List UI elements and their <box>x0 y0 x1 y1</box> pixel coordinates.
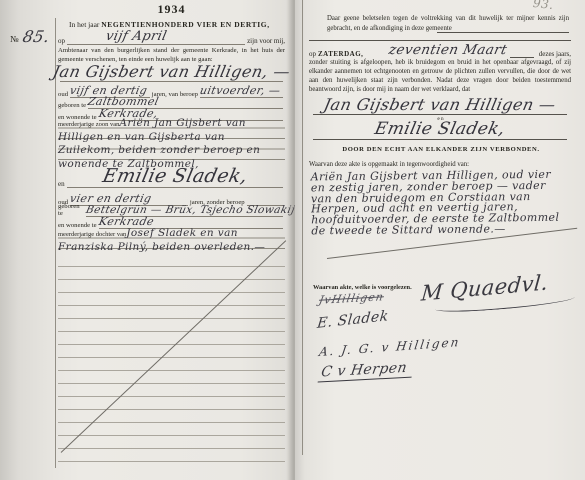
signature-bride: E. Sladek <box>316 308 389 332</box>
groom-name-rule: Jan Gijsbert van Hilligen — <box>313 95 567 115</box>
fill-dash <box>437 29 569 33</box>
act-number-sign: № <box>10 34 19 44</box>
appearance-date-handwritten: vijf April <box>105 29 169 44</box>
page-right-body: Daar geene beletselen tegen de voltrekki… <box>309 0 573 480</box>
zaterdag-label: ZATERDAG, <box>318 50 363 58</box>
groom-name-line: Jan Gijsbert van Hilligen, — <box>58 62 285 82</box>
dezes-jaars-label: dezes jaars, <box>539 50 571 58</box>
witness-intro: Waarvan deze akte is opgemaakt in tegenw… <box>309 161 571 168</box>
blank-ruled-area <box>58 254 285 462</box>
scanned-marriage-register-spread: № 85. 1934 In het jaar NEGENTIENHONDERD … <box>0 0 585 480</box>
bride-filiation-label: meerderjarige dochter van <box>58 231 126 238</box>
bride-name-line: Emilie Sladek, <box>311 121 569 140</box>
bond-statement: DOOR DEN ECHT AAN ELKANDER ZIJN VERBONDE… <box>309 146 573 153</box>
wedding-date-line: op ZATERDAG, zeventien Maart dezes jaars… <box>309 43 571 58</box>
wedding-date-slot: zeventien Maart <box>365 42 536 58</box>
witness-text-handwritten: Ariën Jan Gijsbert van Hilligen, oud vie… <box>311 170 568 237</box>
bride-filiation-block: meerderjarige dochter van Josef Sladek e… <box>58 228 285 250</box>
op-label: op <box>58 37 65 45</box>
bride-name-handwritten: Emilie Sladek, <box>100 165 249 187</box>
groom-name-rule: Jan Gijsbert van Hilligen, — <box>60 62 283 82</box>
groom-name-handwritten: Jan Gijsbert van Hilligen — <box>322 95 558 114</box>
bride-name-rule: Emilie Sladek, <box>67 165 283 188</box>
en-label: en <box>58 180 65 188</box>
read-aloud-label: Waarvan akte, welke is voorgelezen. <box>313 284 412 291</box>
signature-groom: JvHilligen <box>318 290 385 307</box>
separator-rule <box>309 40 571 41</box>
intro-pre: In het jaar <box>69 20 99 29</box>
date-rule: vijf April <box>67 29 245 45</box>
geboren-label: geboren te <box>58 203 84 217</box>
act-number: № 85. <box>10 27 49 47</box>
groom-name-handwritten: Jan Gijsbert van Hilligen, — <box>51 62 292 81</box>
groom-name-line: Jan Gijsbert van Hilligen — <box>311 94 569 115</box>
wedding-date-handwritten: zeventien Maart <box>387 42 508 58</box>
groom-filiation-block: meerderjarige zoon van Ariën Jan Gijsber… <box>58 118 285 160</box>
page-left-body: 1934 In het jaar NEGENTIENHONDERD VIER E… <box>55 0 288 480</box>
bride-name-handwritten: Emilie Sladek, <box>373 119 507 139</box>
before-me-label: zijn voor mij, <box>247 37 285 45</box>
year-heading: 1934 <box>55 2 288 17</box>
page-right: 93. Daar geene beletselen tegen de voltr… <box>295 0 585 480</box>
vows-statement: zonder stuiting is afgeloopen, heb ik br… <box>309 58 571 94</box>
bride-name-rule: Emilie Sladek, <box>313 119 567 140</box>
bride-name-line: en Emilie Sladek, <box>58 163 285 188</box>
signature-witness-second: C v Herpen <box>318 359 415 382</box>
signature-witness-father: A. J. G. v Hilligen <box>318 335 461 359</box>
margin-rule-right <box>302 0 303 455</box>
groom-filiation-label: meerderjarige zoon van <box>58 121 119 128</box>
date-line: op vijf April zijn voor mij, <box>58 30 285 45</box>
op-label: op <box>309 50 316 58</box>
act-number-value: 85. <box>21 27 52 46</box>
intro-year-words: NEGENTIENHONDERD VIER EN DERTIG, <box>101 20 269 29</box>
intro-line: In het jaar NEGENTIENHONDERD VIER EN DER… <box>69 20 286 29</box>
page-left: № 85. 1934 In het jaar NEGENTIENHONDERD … <box>0 0 295 480</box>
